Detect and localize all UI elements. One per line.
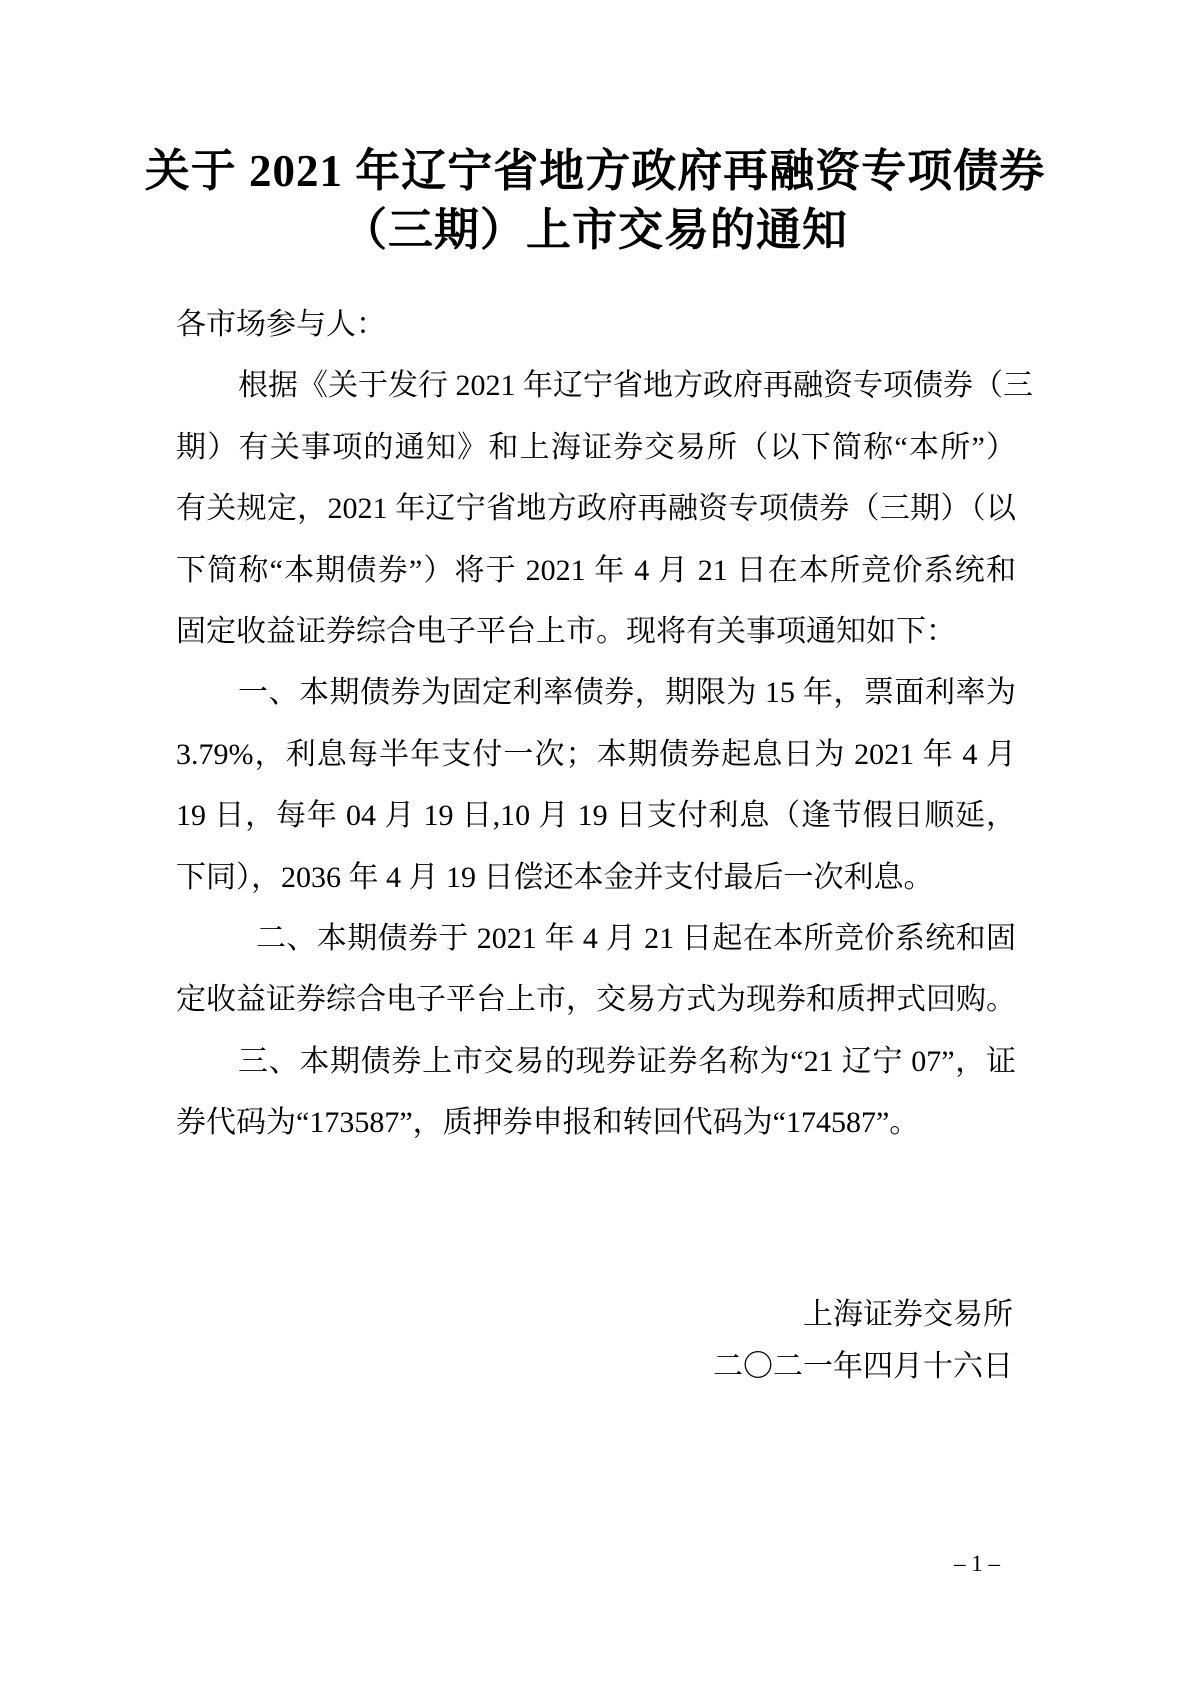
body-line: 定收益证券综合电子平台上市，交易方式为现券和质押式回购。	[176, 969, 1016, 1030]
title-line-1: 关于 2021 年辽宁省地方政府再融资专项债券	[0, 142, 1190, 201]
body-line: 期）有关事项的通知》和上海证券交易所（以下简称“本所”）	[176, 417, 1016, 478]
body-line: 券代码为“173587”，质押券申报和转回代码为“174587”。	[176, 1092, 1016, 1153]
body-line: 19 日，每年 04 月 19 日,10 月 19 日支付利息（逢节假日顺延，	[176, 785, 1016, 846]
body-lines: 根据《关于发行 2021 年辽宁省地方政府再融资专项债券（三期）有关事项的通知》…	[176, 355, 1016, 1153]
body-line: 有关规定，2021 年辽宁省地方政府再融资专项债券（三期）（以	[176, 478, 1016, 539]
document-body: 各市场参与人： 根据《关于发行 2021 年辽宁省地方政府再融资专项债券（三期）…	[176, 294, 1016, 1154]
signature-date: 二〇二一年四月十六日	[713, 1341, 1013, 1393]
body-line: 根据《关于发行 2021 年辽宁省地方政府再融资专项债券（三	[176, 355, 1016, 416]
title-line-2: （三期）上市交易的通知	[0, 201, 1190, 260]
document-page: 关于 2021 年辽宁省地方政府再融资专项债券 （三期）上市交易的通知 各市场参…	[0, 0, 1190, 1683]
document-title: 关于 2021 年辽宁省地方政府再融资专项债券 （三期）上市交易的通知	[0, 142, 1190, 260]
signature-org: 上海证券交易所	[713, 1289, 1013, 1341]
signature-block: 上海证券交易所 二〇二一年四月十六日	[713, 1289, 1013, 1393]
page-number: – 1 –	[946, 1551, 1008, 1577]
body-line: 下同），2036 年 4 月 19 日偿还本金并支付最后一次利息。	[176, 847, 1016, 908]
salutation: 各市场参与人：	[176, 294, 1016, 355]
body-line: 3.79%，利息每半年支付一次；本期债券起息日为 2021 年 4 月	[176, 724, 1016, 785]
body-line: 三、本期债券上市交易的现券证券名称为“21 辽宁 07”，证	[176, 1031, 1016, 1092]
body-line: 下简称“本期债券”）将于 2021 年 4 月 21 日在本所竞价系统和	[176, 540, 1016, 601]
body-line: 一、本期债券为固定利率债券，期限为 15 年，票面利率为	[176, 662, 1016, 723]
body-line: 二、本期债券于 2021 年 4 月 21 日起在本所竞价系统和固	[176, 908, 1016, 969]
body-line: 固定收益证券综合电子平台上市。现将有关事项通知如下：	[176, 601, 1016, 662]
